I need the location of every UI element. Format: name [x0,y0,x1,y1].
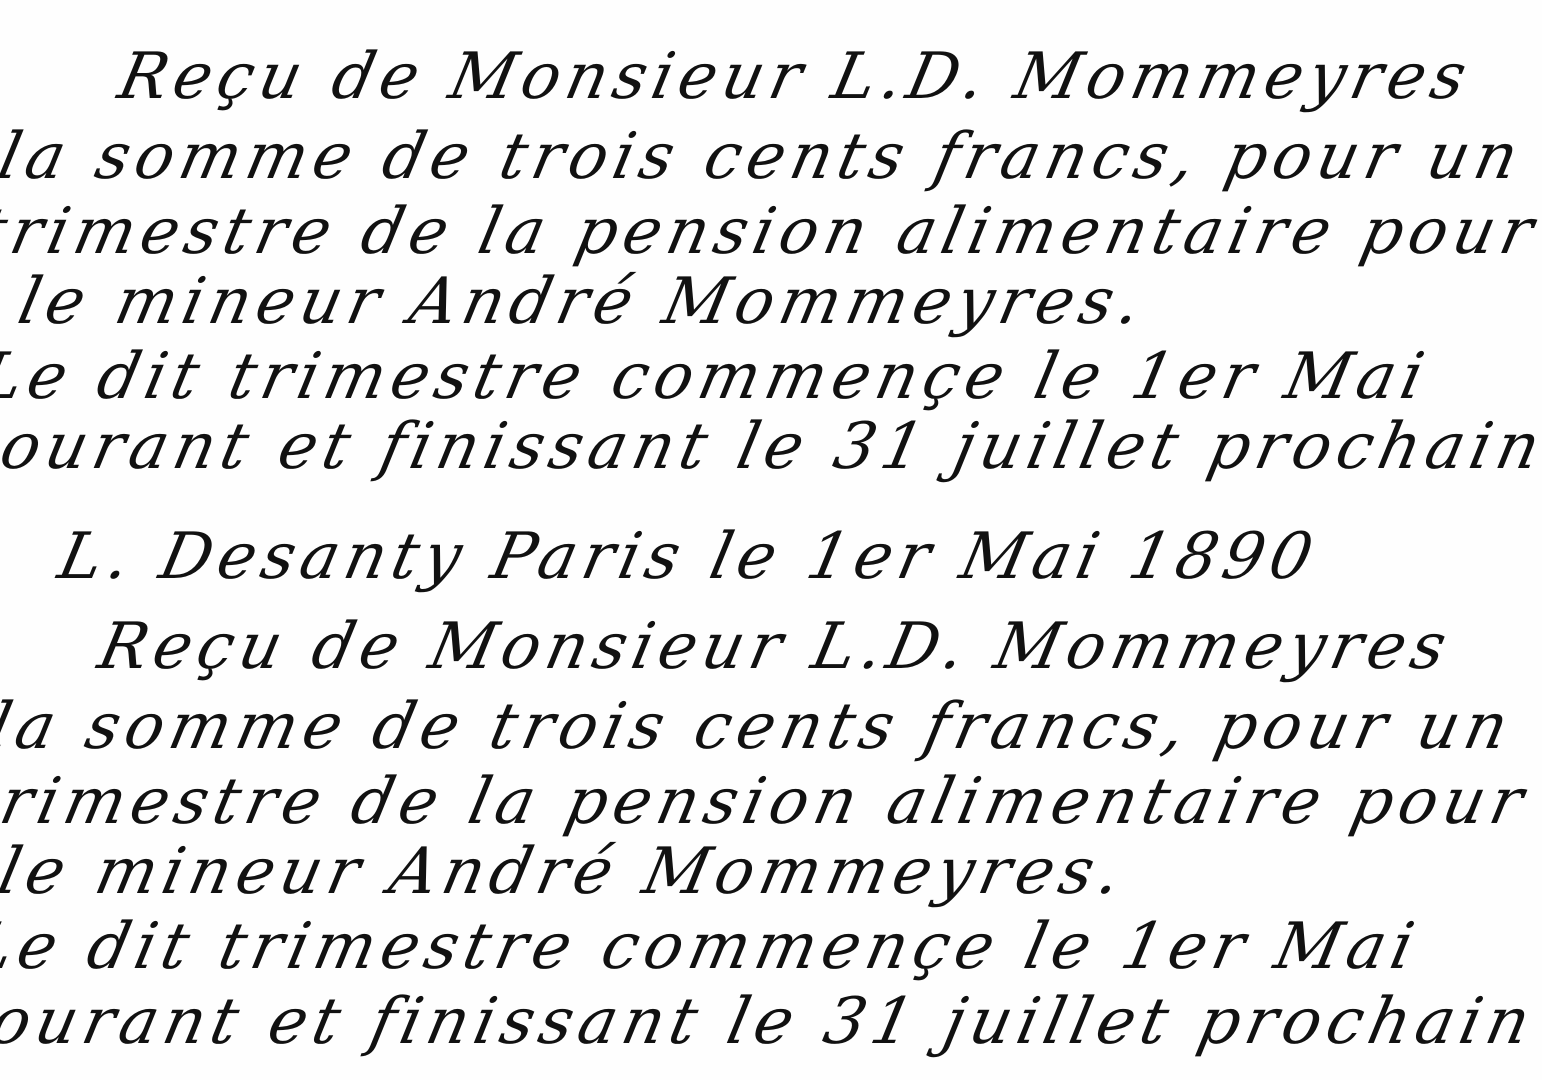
text-line: Reçu de Monsieur L.D. Mommeyres [112,40,1478,114]
text-line: courant et finissant le 31 juillet proch… [0,985,1542,1059]
text-line: le mineur André Mommeyres. [12,265,1153,339]
text-line: le mineur André Mommeyres. [0,835,1133,909]
text-line: trimestre de la pension alimentaire pour [0,195,1542,269]
signature-date-line: L. Desanty Paris le 1er Mai 1890 [52,520,1325,594]
text-line: trimestre de la pension alimentaire pour [0,765,1536,839]
text-line: Le dit trimestre commençe le 1er Mai [0,340,1436,414]
text-line: courant et finissant le 31 juillet proch… [0,410,1542,484]
text-line: la somme de trois cents francs, pour un [0,690,1520,764]
text-line: Le dit trimestre commençe le 1er Mai [0,910,1426,984]
text-line: la somme de trois cents francs, pour un [0,120,1530,194]
handwritten-page: Reçu de Monsieur L.D. Mommeyres la somme… [0,0,1542,1080]
text-line: Reçu de Monsieur L.D. Mommeyres [92,610,1458,684]
